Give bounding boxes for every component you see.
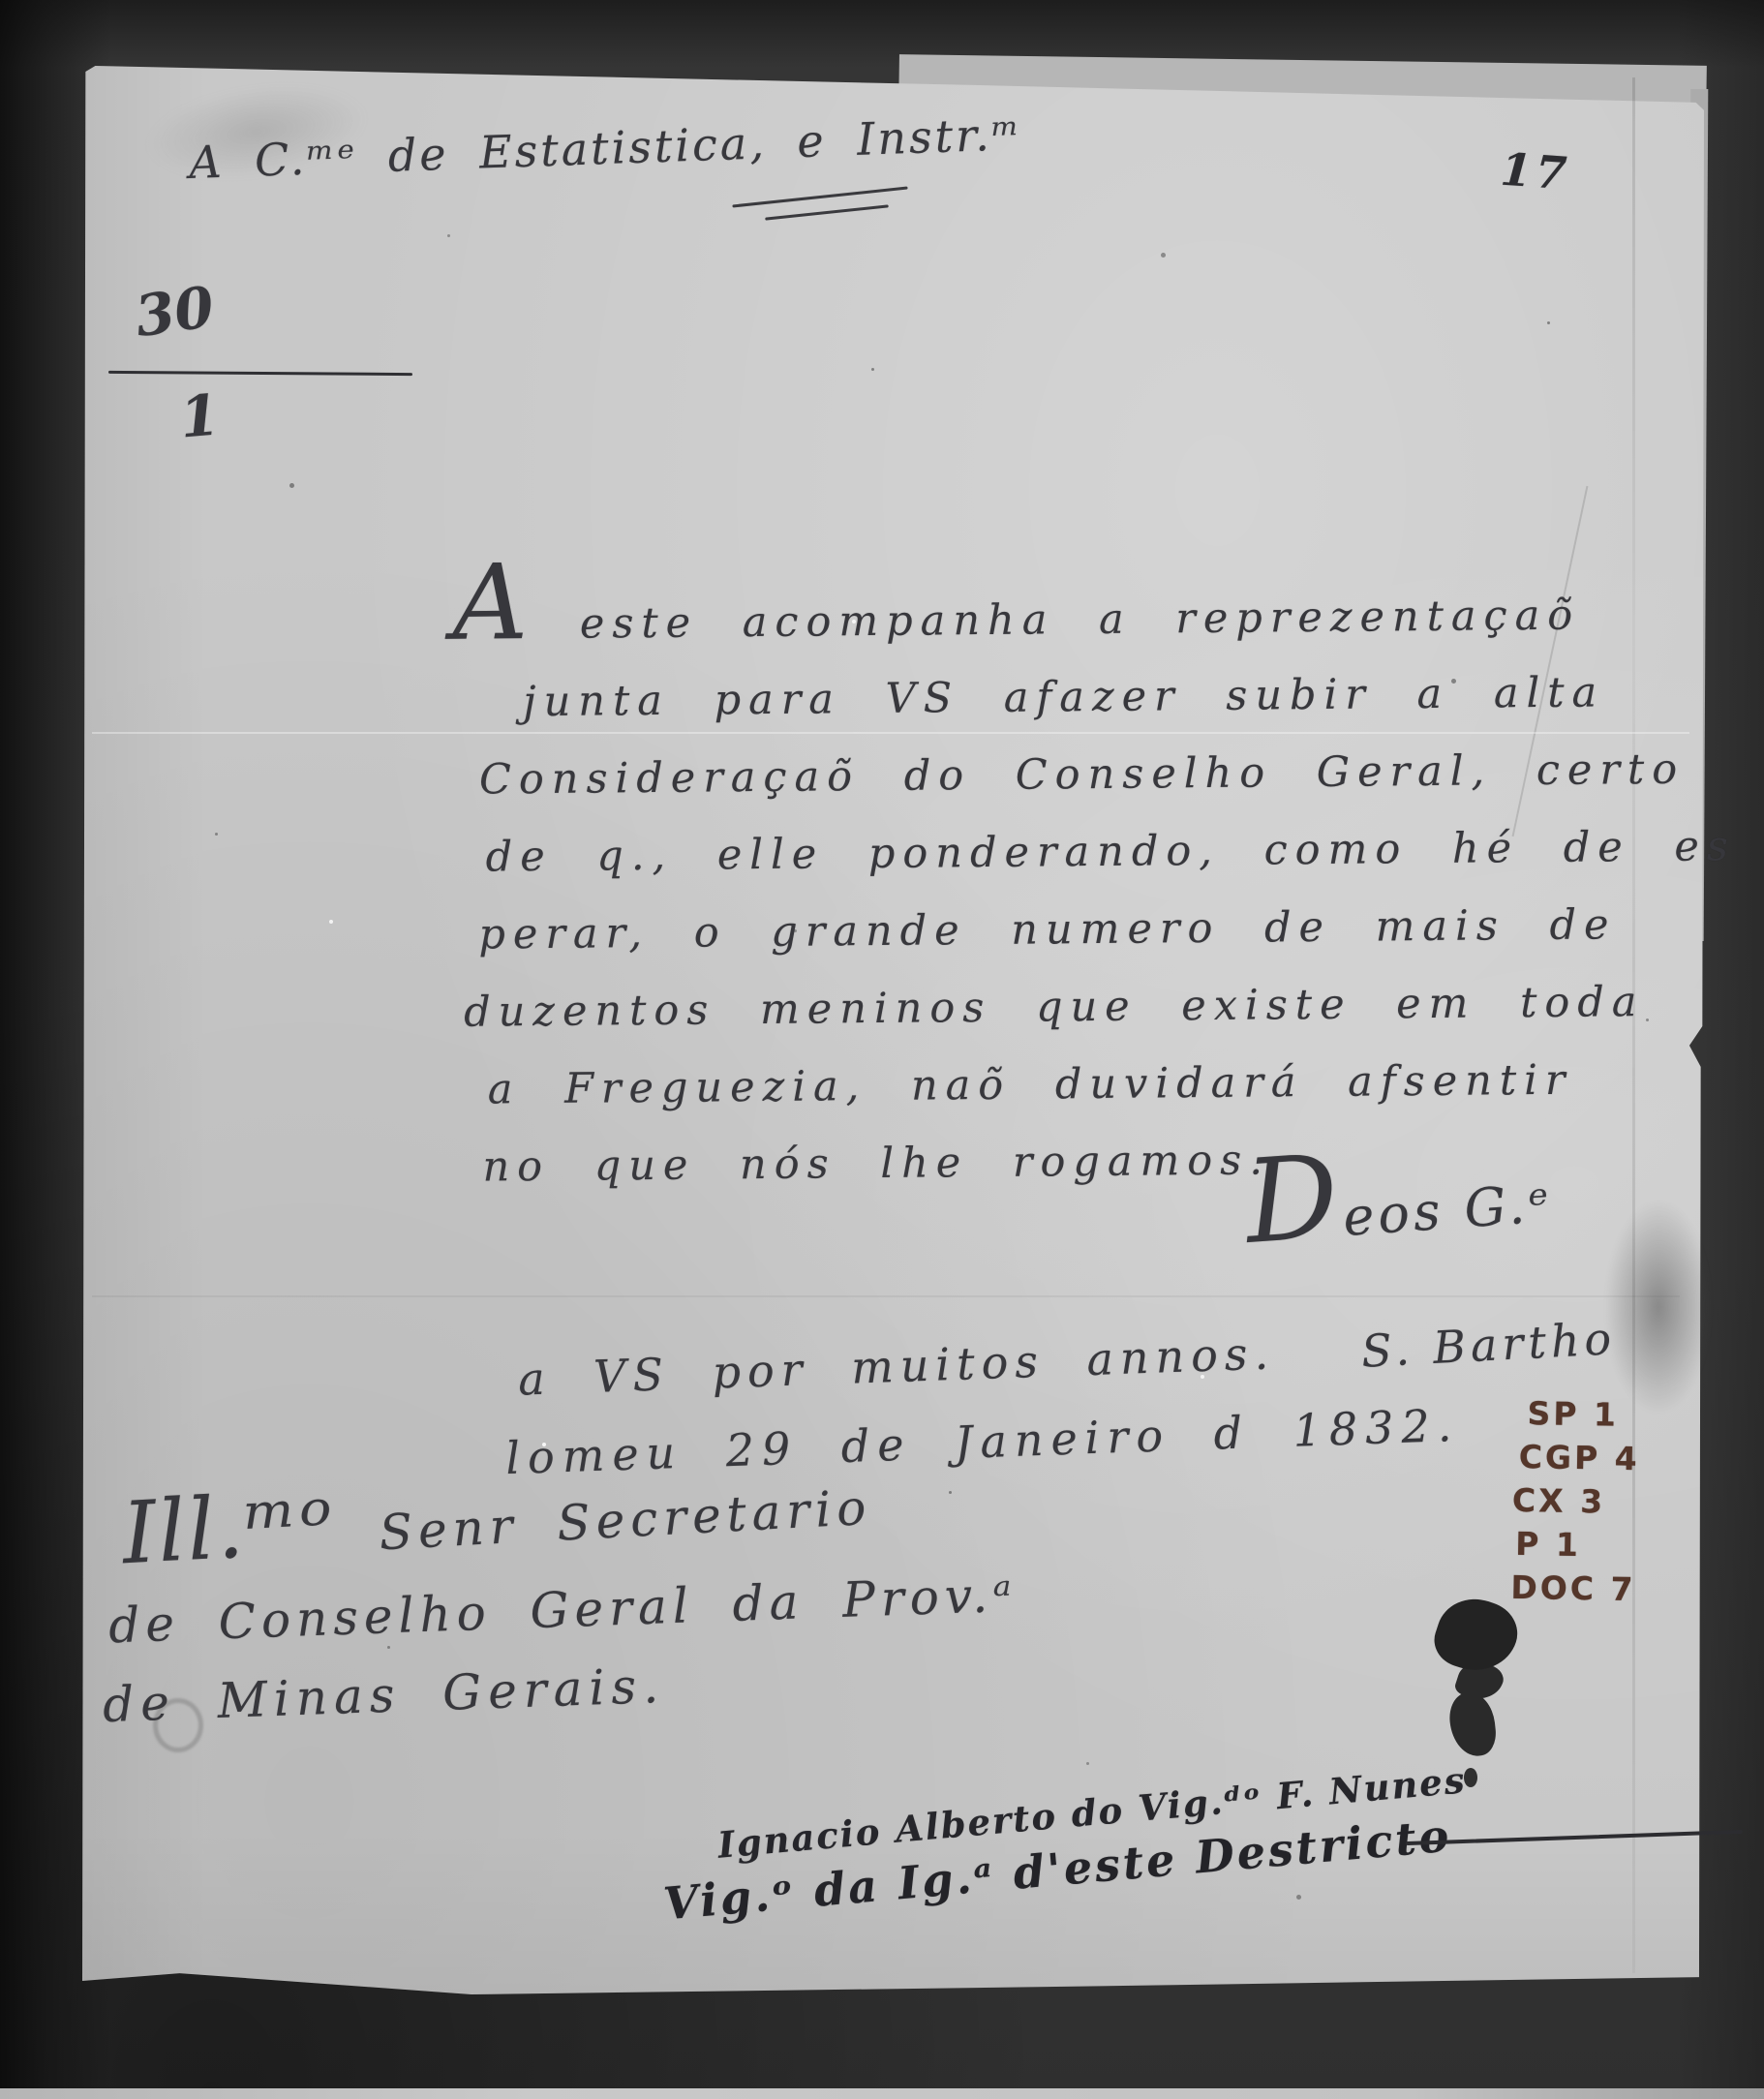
address-honorific: Ill.ᵐᵒ — [120, 1473, 337, 1583]
body-line: duzentos meninos que existe em toda — [456, 962, 1738, 1051]
document-scan: { "scan": { "page_marker": "17", "regist… — [0, 0, 1764, 2099]
archive-code-line: CX 3 — [1512, 1478, 1640, 1524]
archive-code-line: SP 1 — [1527, 1391, 1641, 1437]
page-number: 17 — [1499, 143, 1572, 200]
letter-body: A este acompanha a reprezentaçaõ junta p… — [452, 575, 1739, 1206]
archive-code-line: CGP 4 — [1518, 1435, 1640, 1480]
dust-specks-light — [0, 0, 4, 4]
archive-code-line: DOC 7 — [1510, 1566, 1638, 1611]
archive-reference-code: SP 1 CGP 4 CX 3 P 1 DOC 7 — [1510, 1391, 1641, 1611]
body-line: Consideraçaõ do Conselho Geral, certo — [454, 730, 1736, 819]
body-line: junta para VS afazer subir a alta — [453, 653, 1735, 742]
registry-numerator: 30 — [132, 274, 218, 350]
scan-bottom-edge — [0, 2088, 1764, 2099]
archive-code-line: P 1 — [1515, 1522, 1639, 1567]
body-line: a Freguezia, naõ duvidará afsentir — [456, 1040, 1738, 1129]
horizontal-fold-crease-2 — [92, 1295, 1680, 1297]
edge-stain — [1605, 1201, 1712, 1414]
body-line: A este acompanha a reprezentaçaõ — [452, 575, 1734, 664]
body-line: perar, o grande numero de mais de — [455, 885, 1737, 974]
body-line: de q., elle ponderando, como hé de es — [454, 807, 1736, 897]
registry-denominator: 1 — [177, 381, 222, 450]
